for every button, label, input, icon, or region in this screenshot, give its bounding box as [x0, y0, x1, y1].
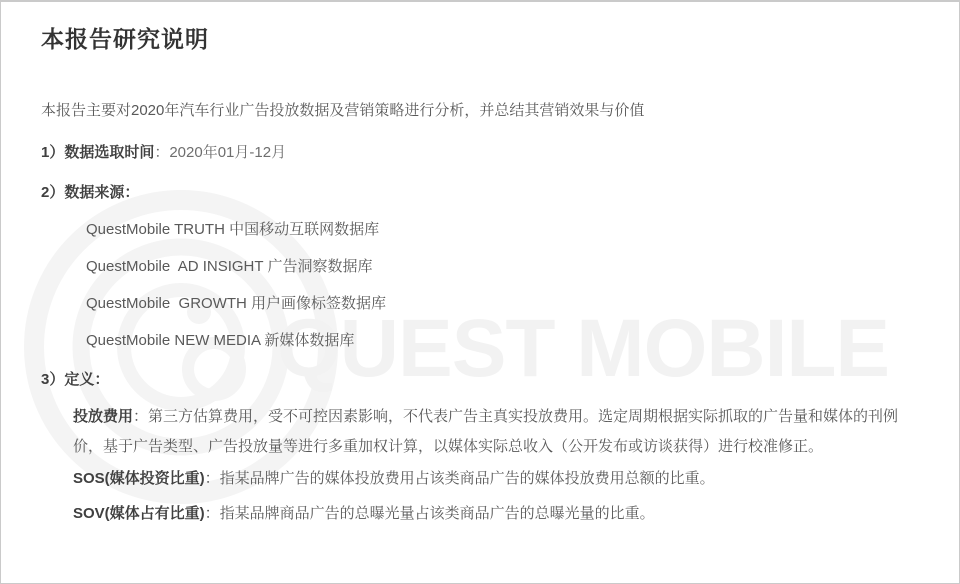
definition-desc: ：指某品牌广告的媒体投放费用占该类商品广告的媒体投放费用总额的比重。	[205, 470, 715, 487]
definition-item: SOV(媒体占有比重)：指某品牌商品广告的总曝光量占该类商品广告的总曝光量的比重…	[73, 503, 919, 524]
list-item: QuestMobile GROWTH 用户画像标签数据库	[86, 293, 919, 314]
definitions-heading: 3）定义：	[41, 369, 919, 390]
list-item: QuestMobile AD INSIGHT 广告洞察数据库	[86, 256, 919, 277]
data-sources-heading: 2）数据来源：	[41, 182, 919, 203]
list-item: QuestMobile TRUTH 中国移动互联网数据库	[86, 219, 919, 240]
data-period-row: 1）数据选取时间：2020年01月-12月	[41, 142, 919, 163]
data-period-label: 1）数据选取时间	[41, 144, 154, 161]
report-content: 本报告研究说明 本报告主要对2020年汽车行业广告投放数据及营销策略进行分析，并…	[1, 24, 959, 524]
data-sources-label: 2）数据来源：	[41, 184, 139, 201]
definitions-label: 3）定义：	[41, 371, 109, 388]
report-slide: QUEST MOBILE 本报告研究说明 本报告主要对2020年汽车行业广告投放…	[0, 0, 960, 584]
data-period-value: ：2020年01月-12月	[154, 144, 286, 161]
definition-item: 投放费用：第三方估算费用，受不可控因素影响，不代表广告主真实投放费用。选定周期根…	[73, 402, 919, 462]
data-sources-list: QuestMobile TRUTH 中国移动互联网数据库 QuestMobile…	[86, 219, 919, 351]
page-title: 本报告研究说明	[41, 24, 919, 54]
definition-term: SOV(媒体占有比重)	[73, 505, 205, 522]
definition-item: SOS(媒体投资比重)：指某品牌广告的媒体投放费用占该类商品广告的媒体投放费用总…	[73, 468, 919, 489]
definition-desc: ：第三方估算费用，受不可控因素影响，不代表广告主真实投放费用。选定周期根据实际抓…	[73, 408, 898, 455]
intro-paragraph: 本报告主要对2020年汽车行业广告投放数据及营销策略进行分析，并总结其营销效果与…	[41, 100, 919, 121]
list-item: QuestMobile NEW MEDIA 新媒体数据库	[86, 330, 919, 351]
definition-desc: ：指某品牌商品广告的总曝光量占该类商品广告的总曝光量的比重。	[205, 505, 655, 522]
definition-term: 投放费用	[73, 408, 133, 425]
definitions-list: 投放费用：第三方估算费用，受不可控因素影响，不代表广告主真实投放费用。选定周期根…	[73, 402, 919, 524]
definition-term: SOS(媒体投资比重)	[73, 470, 205, 487]
